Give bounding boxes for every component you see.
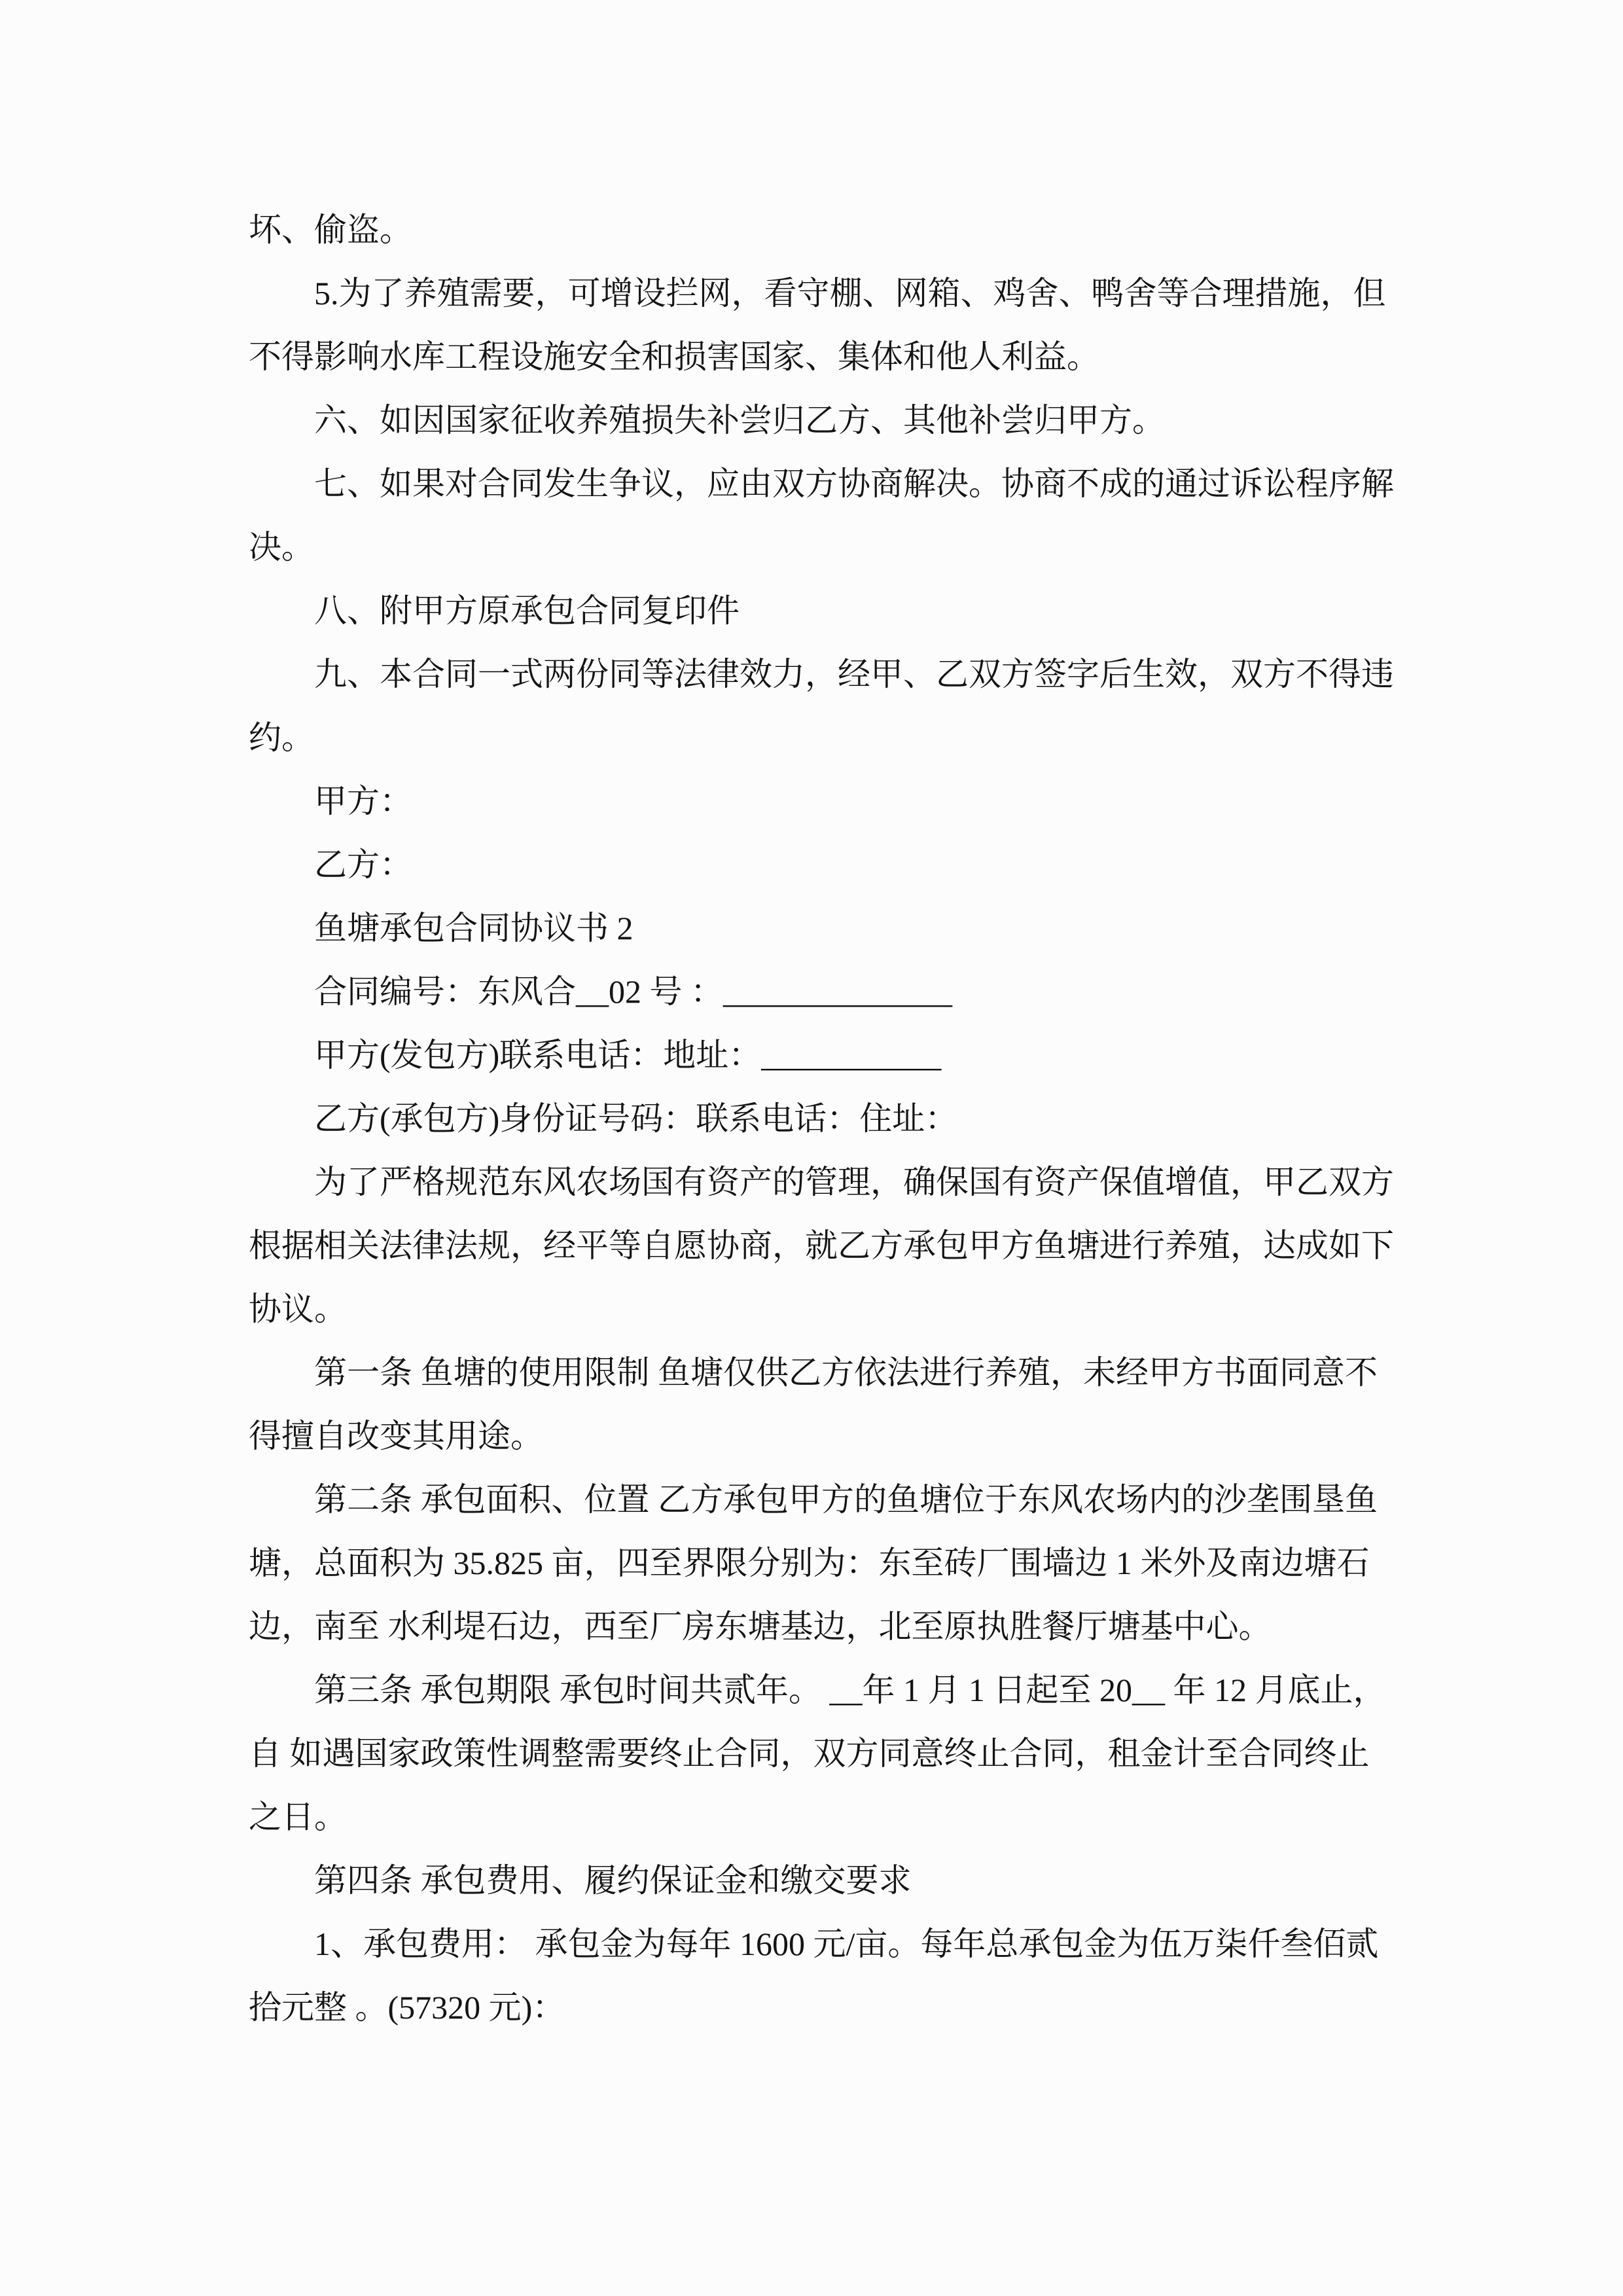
text-line: 九、本合同一式两份同等法律效力，经甲、乙双方签字后生效，双方不得违 xyxy=(249,643,1427,706)
text-line: 不得影响水库工程设施安全和损害国家、集体和他人利益。 xyxy=(249,325,1427,389)
text-line: 约。 xyxy=(249,706,1427,770)
text-line: 七、如果对合同发生争议，应由双方协商解决。协商不成的通过诉讼程序解 xyxy=(249,452,1427,516)
text-line: 甲方： xyxy=(249,770,1427,833)
text-line: 鱼塘承包合同协议书 2 xyxy=(249,897,1427,960)
text-line: 5.为了养殖需要，可增设拦网，看守棚、网箱、鸡舍、鸭舍等合理措施，但 xyxy=(249,262,1427,325)
text-line: 八、附甲方原承包合同复印件 xyxy=(249,579,1427,643)
text-line: 乙方(承包方)身份证号码：联系电话：住址： xyxy=(249,1087,1427,1151)
text-line: 第二条 承包面积、位置 乙方承包甲方的鱼塘位于东风农场内的沙垄围垦鱼 xyxy=(249,1468,1427,1532)
text-line: 坏、偷盗。 xyxy=(249,198,1427,262)
text-line: 乙方： xyxy=(249,833,1427,897)
text-line: 甲方(发包方)联系电话：地址：___________ xyxy=(249,1024,1427,1087)
text-line: 六、如因国家征收养殖损失补尝归乙方、其他补尝归甲方。 xyxy=(249,389,1427,452)
text-line: 第一条 鱼塘的使用限制 鱼塘仅供乙方依法进行养殖，未经甲方书面同意不 xyxy=(249,1341,1427,1405)
text-line: 边，南至 水利堤石边，西至厂房东塘基边，北至原执胜餐厅塘基中心。 xyxy=(249,1595,1427,1659)
text-line: 根据相关法律法规，经平等自愿协商，就乙方承包甲方鱼塘进行养殖，达成如下 xyxy=(249,1214,1427,1278)
text-line: 决。 xyxy=(249,516,1427,579)
text-line: 为了严格规范东风农场国有资产的管理，确保国有资产保值增值，甲乙双方 xyxy=(249,1151,1427,1214)
text-line: 之日。 xyxy=(249,1785,1427,1849)
text-line: 塘，总面积为 35.825 亩，四至界限分别为：东至砖厂围墙边 1 米外及南边塘… xyxy=(249,1532,1427,1595)
text-line: 协议。 xyxy=(249,1278,1427,1341)
text-line: 1、承包费用： 承包金为每年 1600 元/亩。每年总承包金为伍万柒仟叁佰贰 xyxy=(249,1912,1427,1976)
text-line: 自 如遇国家政策性调整需要终止合同，双方同意终止合同，租金计至合同终止 xyxy=(249,1722,1427,1785)
text-line: 得擅自改变其用途。 xyxy=(249,1405,1427,1468)
contract-document-page: 坏、偷盗。5.为了养殖需要，可增设拦网，看守棚、网箱、鸡舍、鸭舍等合理措施，但不… xyxy=(0,0,1623,2296)
text-line: 合同编号：东风合__02 号 ：______________ xyxy=(249,960,1427,1024)
text-line: 第三条 承包期限 承包时间共贰年。 __年 1 月 1 日起至 20__ 年 1… xyxy=(249,1659,1427,1722)
contract-text-block: 坏、偷盗。5.为了养殖需要，可增设拦网，看守棚、网箱、鸡舍、鸭舍等合理措施，但不… xyxy=(249,198,1427,2039)
text-line: 拾元整 。(57320 元)： xyxy=(249,1976,1427,2039)
text-line: 第四条 承包费用、履约保证金和缴交要求 xyxy=(249,1849,1427,1912)
